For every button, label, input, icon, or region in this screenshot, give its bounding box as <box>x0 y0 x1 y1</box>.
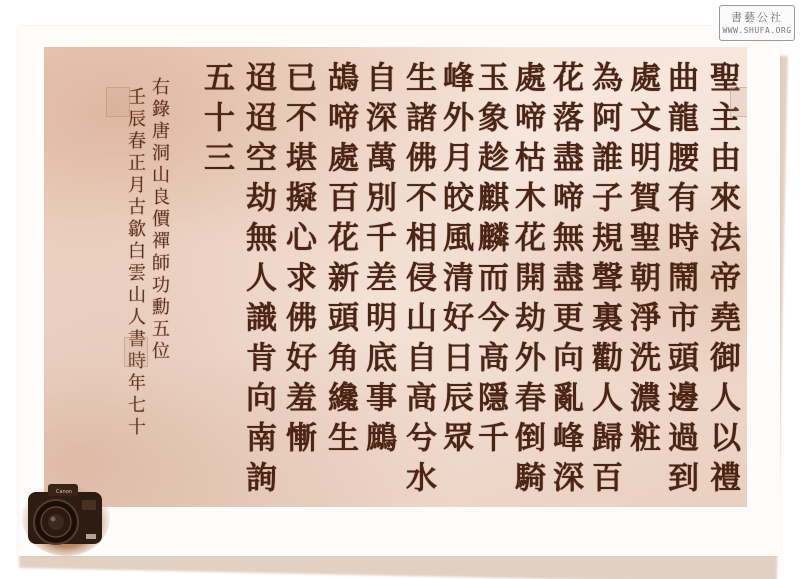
inscription-column: 壬辰春正月古歙白雲山人書時年七十 <box>126 87 144 439</box>
calligraphy-photo: 聖主由來法帝堯御人以禮 曲龍腰有時鬧市頭邊過到 處文明賀聖朝淨洗濃粧 為阿誰子規… <box>44 47 747 507</box>
calligraphy-column: 為阿誰子規聲裏勸人歸百 <box>588 61 619 501</box>
svg-text:Canon: Canon <box>56 489 72 495</box>
calligraphy-column: 峰外月皎風清好日辰眾 <box>439 61 470 461</box>
watermark-url: WWW.SHUFA.ORG <box>720 26 794 35</box>
calligraphy-column: 生諸佛不相侵山自高兮水 <box>402 61 433 501</box>
calligraphy-column: 曲龍腰有時鬧市頭邊過到 <box>664 61 695 501</box>
seal-mark <box>730 87 747 117</box>
camera-icon: Canon <box>22 476 110 556</box>
seal-mark <box>124 337 148 367</box>
watermark-logo: 書藝公社 WWW.SHUFA.ORG <box>719 5 795 41</box>
calligraphy-column: 鴣啼處百花新頭角纔生 <box>324 61 355 461</box>
calligraphy-column: 處啼枯木花開劫外春倒騎 <box>511 61 542 501</box>
calligraphy-column: 迢迢空劫無人識肯向南詢 <box>242 61 273 501</box>
calligraphy-column: 玉象趁麒麟而今高隱千 <box>474 61 505 461</box>
calligraphy-column: 聖主由來法帝堯御人以禮 <box>706 61 737 501</box>
calligraphy-column: 處文明賀聖朝淨洗濃粧 <box>626 61 657 461</box>
watermark-title: 書藝公社 <box>720 9 794 25</box>
calligraphy-column: 五十三 <box>200 61 231 181</box>
inscription-column: 右錄唐洞山良價禪師功勳五位 <box>150 77 168 363</box>
calligraphy-column: 自深萬別千差明底事鷓 <box>362 61 393 461</box>
calligraphy-column: 花落盡啼無盡更向亂峰深 <box>549 61 580 501</box>
calligraphy-column: 已不堪擬心求佛好羞慚 <box>282 61 313 461</box>
seal-mark <box>106 87 130 117</box>
